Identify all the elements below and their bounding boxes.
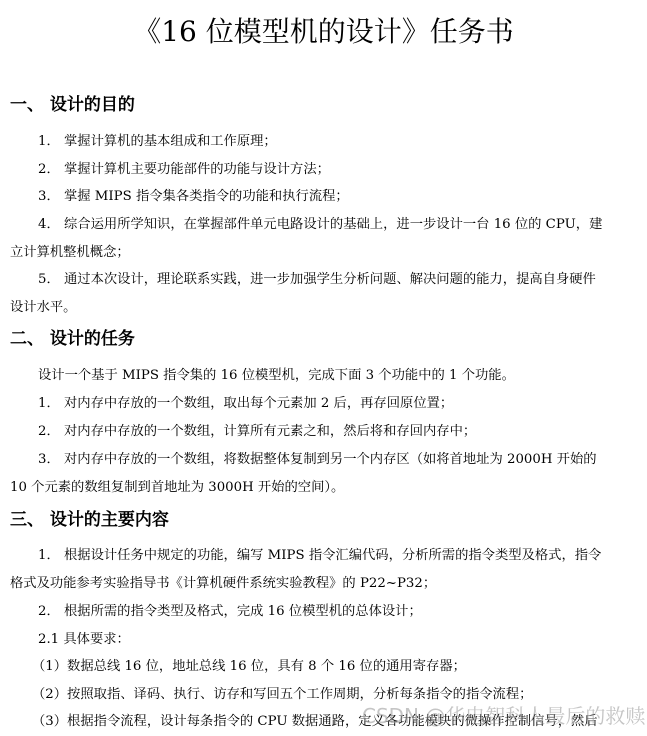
paragraph-line: 立计算机整机概念； <box>10 243 130 263</box>
watermark: CSDN @华电智科人最后的救赎 <box>362 700 645 729</box>
paragraph-line: 10 个元素的数组复制到首地址为 3000H 开始的空间）。 <box>10 478 344 498</box>
section-heading-purpose: 一、 设计的目的 <box>10 93 135 117</box>
section-heading-task: 二、 设计的任务 <box>10 327 135 351</box>
paragraph-line: 设计一个基于 MIPS 指令集的 16 位模型机，完成下面 3 个功能中的 1 … <box>38 366 515 386</box>
paragraph-line: 设计水平。 <box>10 298 76 318</box>
paragraph-line: 2． 根据所需的指令类型及格式，完成 16 位模型机的总体设计； <box>38 602 422 622</box>
paragraph-line: 2.1 具体要求： <box>38 630 130 650</box>
paragraph-line: 2． 对内存中存放的一个数组，计算所有元素之和，然后将和存回内存中； <box>38 422 476 442</box>
paragraph-line: 格式及功能参考实验指导书《计算机硬件系统实验教程》的 P22~P32； <box>10 574 436 594</box>
paragraph-line: 4． 综合运用所学知识，在掌握部件单元电路设计的基础上，进一步设计一台 16 位… <box>38 215 602 235</box>
paragraph-line: （1）数据总线 16 位，地址总线 16 位，具有 8 个 16 位的通用寄存器… <box>32 657 466 677</box>
paragraph-line: 3． 对内存中存放的一个数组，将数据整体复制到另一个内存区（如将首地址为 200… <box>38 450 597 470</box>
section-heading-content: 三、 设计的主要内容 <box>10 508 169 532</box>
paragraph-line: 3． 掌握 MIPS 指令集各类指令的功能和执行流程； <box>38 187 349 207</box>
paragraph-line: 5． 通过本次设计，理论联系实践，进一步加强学生分析问题、解决问题的能力，提高自… <box>38 270 596 290</box>
paragraph-line: 1． 掌握计算机的基本组成和工作原理； <box>38 132 277 152</box>
paragraph-line: 2． 掌握计算机主要功能部件的功能与设计方法； <box>38 160 330 180</box>
document-title: 《16 位模型机的设计》任务书 <box>0 12 647 52</box>
paragraph-line: 1． 根据设计任务中规定的功能，编写 MIPS 指令汇编代码，分析所需的指令类型… <box>38 546 601 566</box>
paragraph-line: 1． 对内存中存放的一个数组，取出每个元素加 2 后，再存回原位置； <box>38 394 453 414</box>
